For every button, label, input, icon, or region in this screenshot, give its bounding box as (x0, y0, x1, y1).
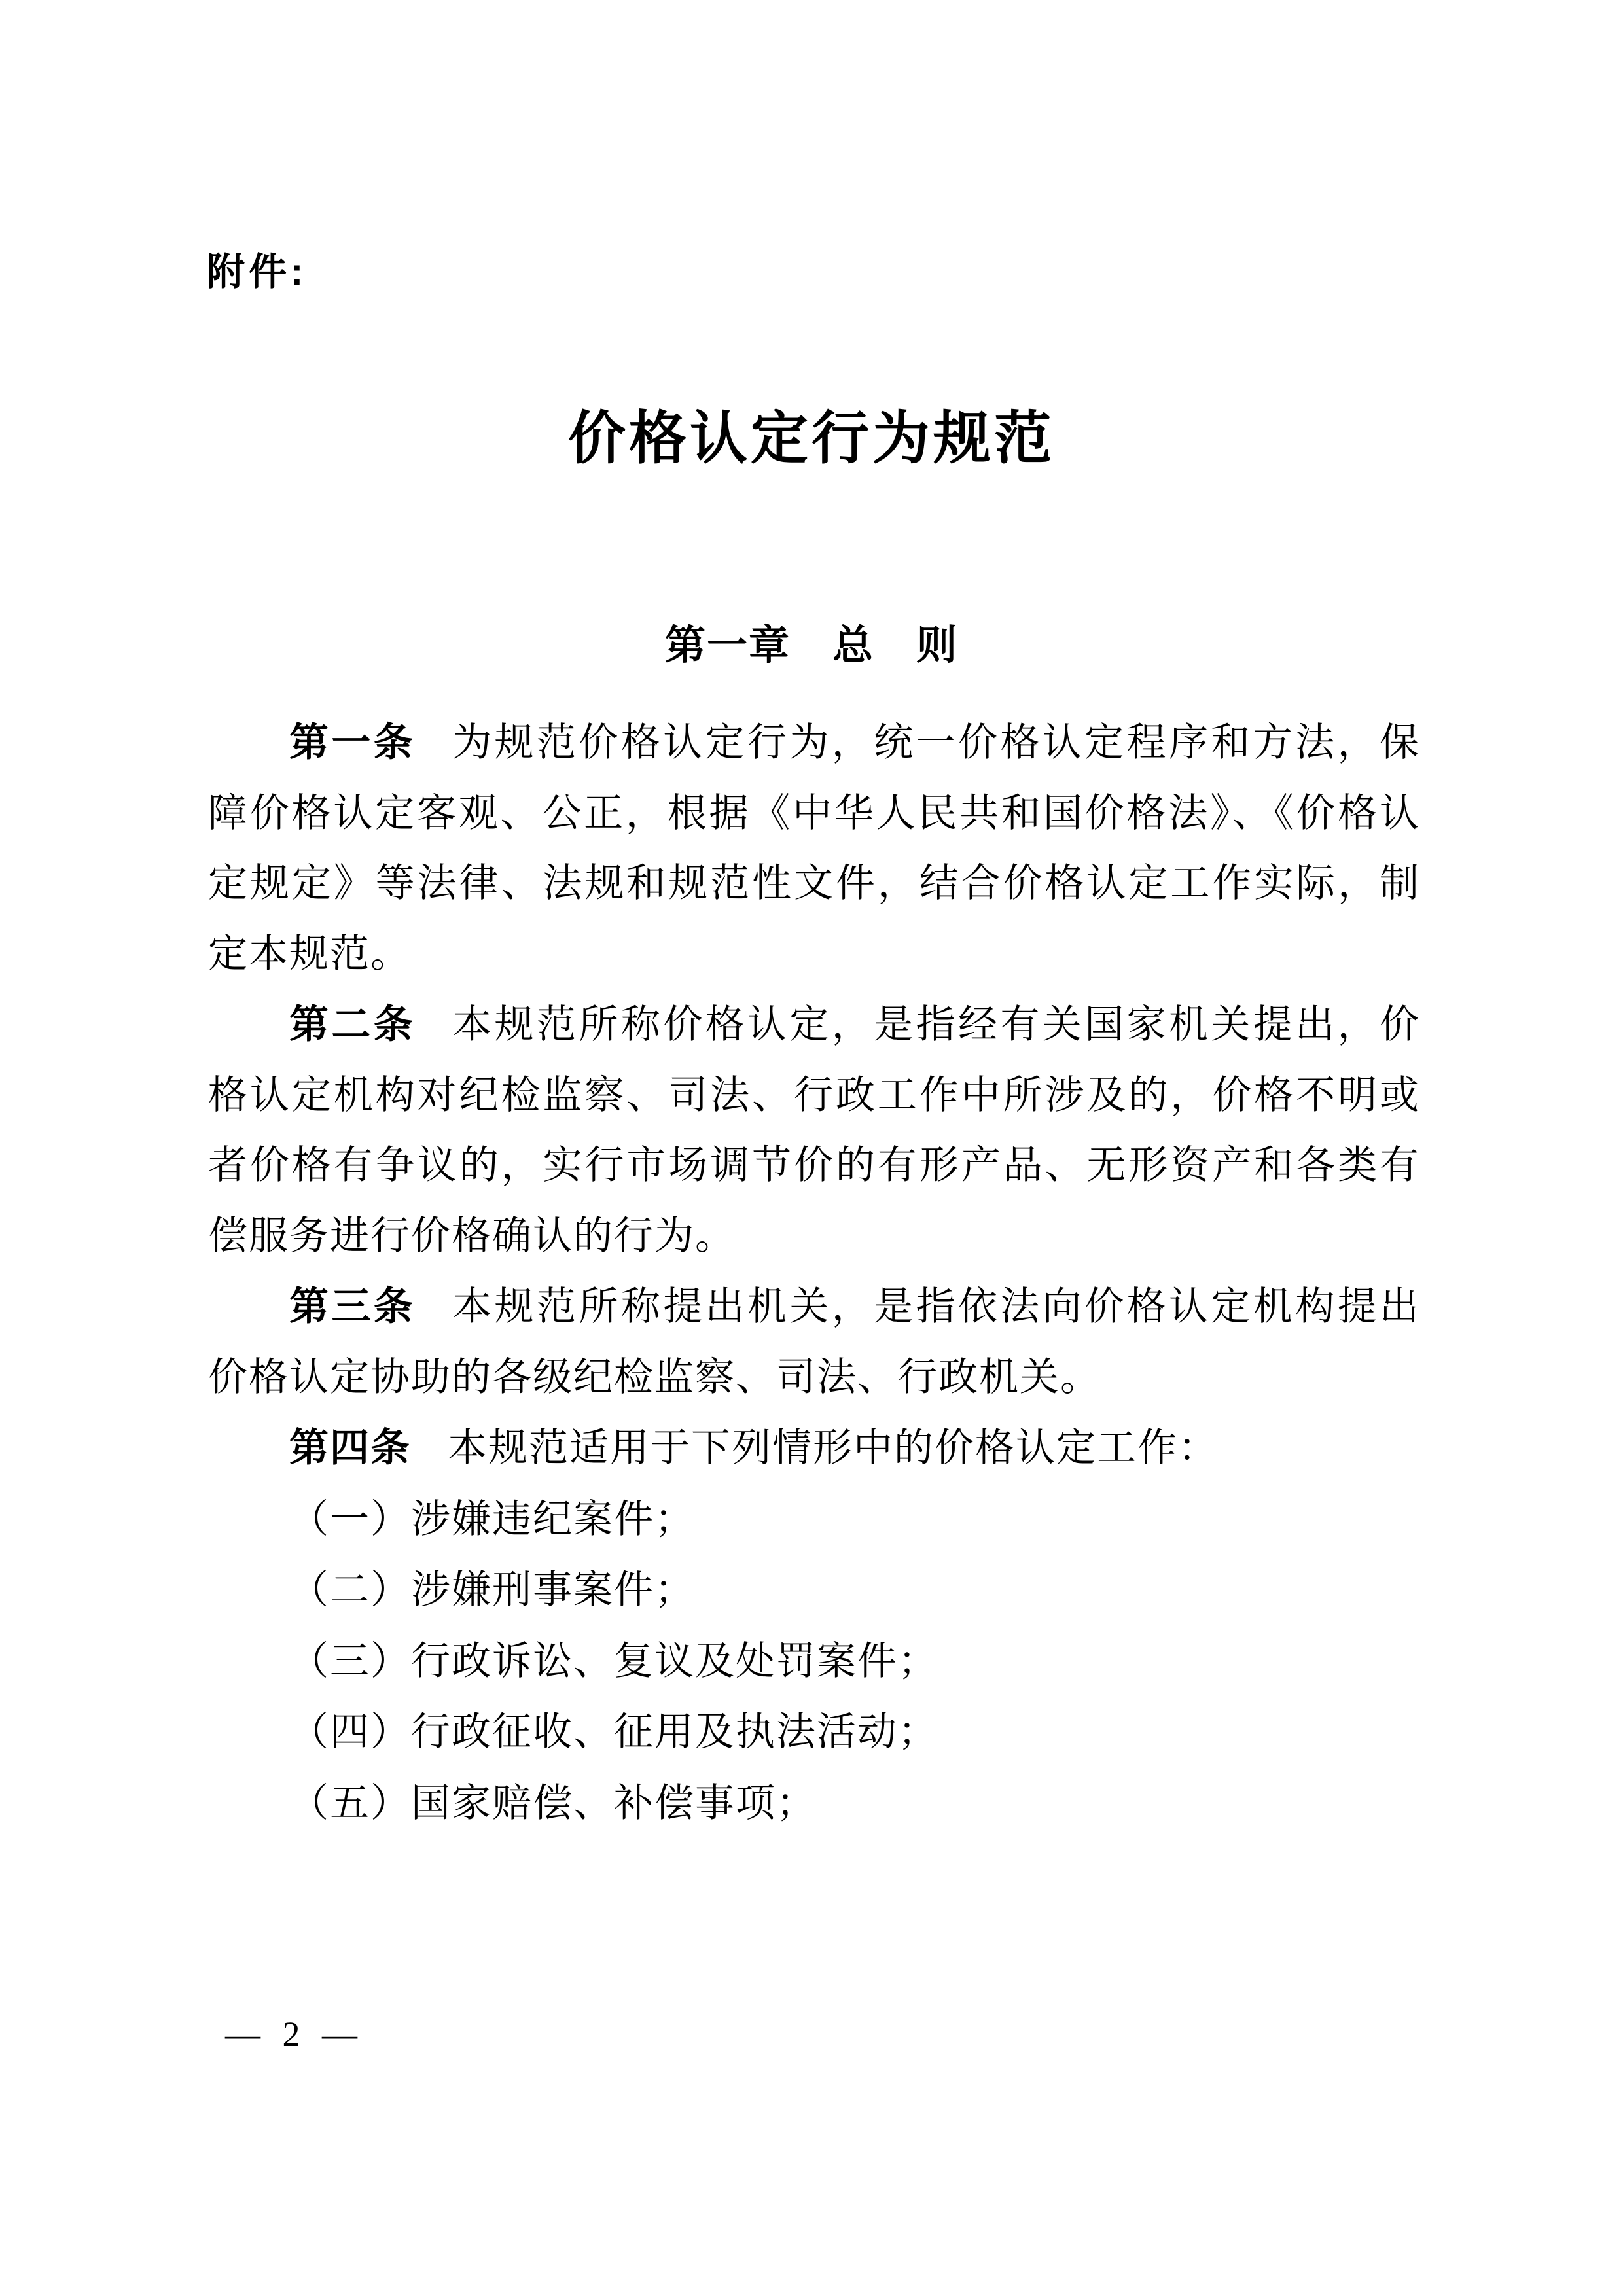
attachment-label: 附件: (207, 241, 307, 296)
list-item-text: （三）行政诉讼、复议及处罚案件； (289, 1640, 938, 1683)
list-item-text: （四）行政征收、征用及执法活动； (289, 1710, 938, 1754)
list-item-text: （五）国家赔偿、补偿事项； (289, 1782, 817, 1825)
article-paragraph: 第二条本规范所称价格认定，是指经有关国家机关提出，价格认定机构对纪检监察、司法、… (208, 989, 1420, 1271)
page-number: — 2 — (225, 2014, 364, 2055)
list-item: （四）行政征收、征用及执法活动； (208, 1697, 1420, 1768)
article-label: 第四条 (289, 1426, 411, 1470)
chapter-heading: 第一章 总 则 (0, 612, 1623, 671)
list-item: （二）涉嫌刑事案件； (208, 1555, 1420, 1626)
article-text: 本规范适用于下列情形中的价格认定工作： (448, 1426, 1219, 1470)
document-page: 附件: 价格认定行为规范 第一章 总 则 第一条为规范价格认定行为，统一价格认定… (0, 0, 1623, 2296)
article-label: 第二条 (289, 1002, 416, 1046)
list-item-text: （一）涉嫌违纪案件； (289, 1498, 695, 1541)
list-item: （五）国家赔偿、补偿事项； (208, 1768, 1420, 1839)
list-item-text: （二）涉嫌刑事案件； (289, 1568, 695, 1612)
article-paragraph: 第一条为规范价格认定行为，统一价格认定程序和方法，保障价格认定客观、公正，根据《… (208, 707, 1420, 989)
document-body: 第一条为规范价格认定行为，统一价格认定程序和方法，保障价格认定客观、公正，根据《… (208, 707, 1420, 1839)
document-title: 价格认定行为规范 (0, 393, 1623, 475)
list-item: （三）行政诉讼、复议及处罚案件； (208, 1626, 1420, 1697)
article-paragraph: 第三条本规范所称提出机关，是指依法向价格认定机构提出价格认定协助的各级纪检监察、… (208, 1271, 1420, 1413)
article-label: 第三条 (289, 1284, 416, 1328)
article-paragraph: 第四条本规范适用于下列情形中的价格认定工作： (208, 1413, 1420, 1484)
article-label: 第一条 (289, 720, 416, 764)
list-item: （一）涉嫌违纪案件； (208, 1484, 1420, 1555)
